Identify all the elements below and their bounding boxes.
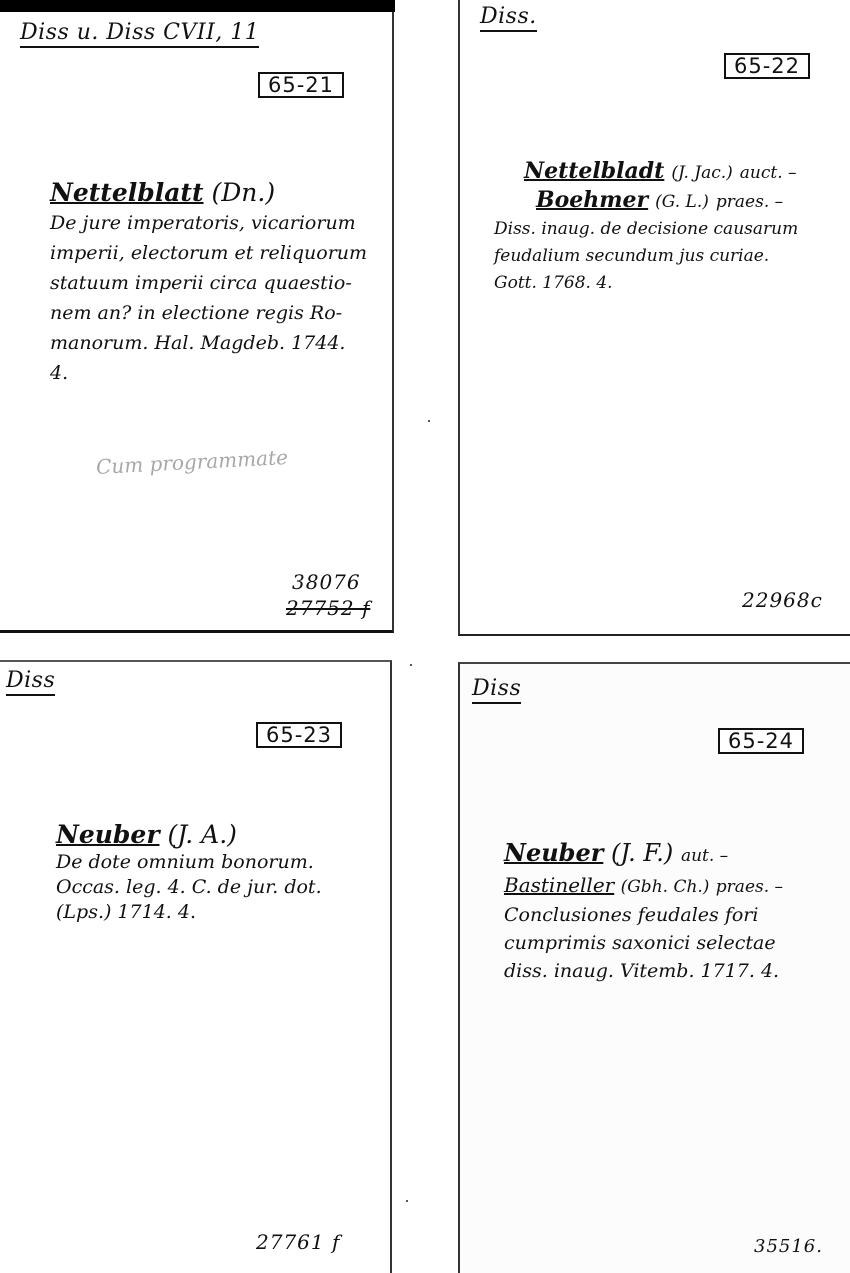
format-line: 4.: [50, 358, 367, 388]
catalog-card-65-21: Diss u. Diss CVII, 11 65-21 Nettelblatt …: [0, 12, 394, 633]
call-number: 65-22: [724, 53, 810, 79]
author-qualifier: (Dn.): [211, 178, 275, 207]
title-line: imperii, electorum et reliquorum: [50, 238, 367, 268]
author-qualifier: (J. A.): [167, 820, 236, 849]
title-line: feudalium secundum jus curiae.: [494, 243, 798, 270]
note-line: Occas. leg. 4. C. de jur. dot.: [56, 875, 322, 900]
title-line: cumprimis saxonici selectae: [504, 929, 783, 957]
card-entry: Nettelblatt (Dn.) De jure imperatoris, v…: [50, 178, 367, 388]
call-number: 65-21: [258, 72, 344, 98]
praeses-qualifier: (G. L.): [655, 192, 709, 212]
catalog-card-65-22: Diss. 65-22 Nettelbladt (J. Jac.) auct. …: [458, 0, 850, 636]
author-name: Neuber: [56, 820, 160, 849]
author-heading: Nettelblatt (Dn.): [50, 178, 367, 208]
author-heading: Neuber (J. A.): [56, 820, 322, 850]
shelfmark: Diss u. Diss CVII, 11: [20, 22, 259, 48]
scan-speck: [406, 1200, 408, 1202]
title-line: statuum imperii circa quaestio-: [50, 268, 367, 298]
scan-edge-bar: [0, 0, 395, 12]
author-heading: Nettelbladt (J. Jac.) auct. –: [524, 158, 798, 187]
praeses-role: praes. –: [716, 192, 783, 212]
title-line: De dote omnium bonorum.: [56, 850, 322, 875]
imprint-line: (Lps.) 1714. 4.: [56, 900, 322, 925]
scan-speck: [410, 664, 412, 666]
author-qualifier: (J. F.): [611, 839, 673, 867]
author-qualifier: (J. Jac.): [671, 163, 732, 183]
card-entry: Nettelbladt (J. Jac.) auct. – Boehmer (G…: [524, 158, 798, 297]
catalog-card-65-24: Diss 65-24 Neuber (J. F.) aut. – Bastine…: [458, 662, 850, 1273]
imprint-line: diss. inaug. Vitemb. 1717. 4.: [504, 957, 783, 985]
praeses-role: praes. –: [716, 877, 783, 897]
accession-number: 35516.: [754, 1236, 823, 1257]
author-name: Nettelbladt: [524, 158, 664, 184]
shelfmark: Diss: [472, 678, 521, 704]
title-line: nem an? in electione regis Ro-: [50, 298, 367, 328]
praeses-qualifier: (Gbh. Ch.): [621, 877, 710, 897]
accession-number: 38076: [292, 570, 361, 594]
author-name: Neuber: [504, 838, 603, 867]
card-entry: Neuber (J. F.) aut. – Bastineller (Gbh. …: [504, 838, 783, 985]
accession-number: 27761 f: [256, 1230, 340, 1254]
shelfmark: Diss: [6, 670, 55, 696]
praeses-name: Boehmer: [536, 187, 648, 213]
praeses-heading: Bastineller (Gbh. Ch.) praes. –: [504, 871, 783, 901]
pencil-note: Cum programmate: [96, 445, 289, 479]
author-role: auct. –: [740, 163, 797, 183]
scan-speck: [428, 420, 430, 422]
accession-number-struck: 27752 f: [286, 596, 370, 620]
accession-number: 22968c: [742, 588, 823, 612]
title-line: Diss. inaug. de decisione causarum: [494, 216, 798, 243]
author-heading: Neuber (J. F.) aut. –: [504, 838, 783, 871]
call-number: 65-23: [256, 722, 342, 748]
card-entry: Neuber (J. A.) De dote omnium bonorum. O…: [56, 820, 322, 925]
title-line: Conclusiones feudales fori: [504, 901, 783, 929]
author-name: Nettelblatt: [50, 178, 204, 207]
imprint-line: manorum. Hal. Magdeb. 1744.: [50, 328, 367, 358]
imprint-line: Gott. 1768. 4.: [494, 270, 798, 297]
title-line: De jure imperatoris, vicariorum: [50, 208, 367, 238]
praeses-heading: Boehmer (G. L.) praes. –: [524, 187, 798, 216]
call-number: 65-24: [718, 728, 804, 754]
catalog-card-65-23: Diss 65-23 Neuber (J. A.) De dote omnium…: [0, 660, 392, 1273]
praeses-name: Bastineller: [504, 873, 614, 897]
author-role: aut. –: [681, 846, 728, 866]
shelfmark: Diss.: [480, 6, 537, 32]
